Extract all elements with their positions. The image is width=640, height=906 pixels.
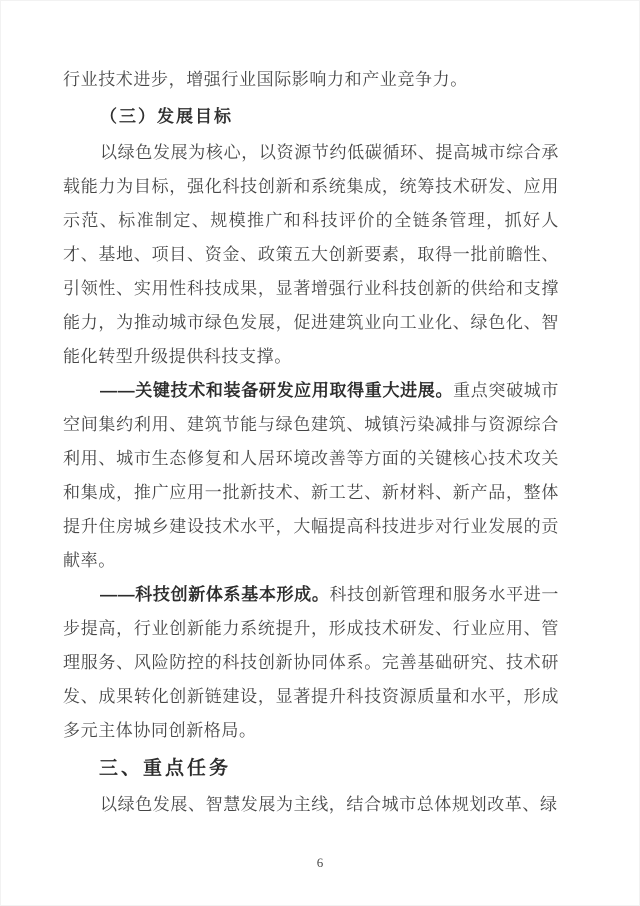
section-heading-development-goals: （三）发展目标	[63, 100, 559, 134]
bullet-body-key-technology: 重点突破城市空间集约利用、建筑节能与绿色建筑、城镇污染减排与资源综合利用、城市生…	[63, 381, 559, 570]
paragraph-innovation-system: ——科技创新体系基本形成。科技创新管理和服务水平进一步提高，行业创新能力系统提升…	[63, 578, 559, 748]
bullet-lead-innovation-system: ——科技创新体系基本形成。	[100, 585, 330, 604]
paragraph-key-technology: ——关键技术和装备研发应用取得重大进展。重点突破城市空间集约利用、建筑节能与绿色…	[63, 374, 559, 578]
paragraph-key-tasks: 以绿色发展、智慧发展为主线，结合城市总体规划改革、绿	[63, 788, 559, 822]
paragraph-development-goals: 以绿色发展为核心，以资源节约低碳循环、提高城市综合承载能力为目标，强化科技创新和…	[63, 136, 559, 374]
bullet-lead-key-technology: ——关键技术和装备研发应用取得重大进展。	[100, 381, 453, 400]
bullet-body-innovation-system: 科技创新管理和服务水平进一步提高，行业创新能力系统提升，形成技术研发、行业应用、…	[63, 585, 559, 740]
page-number: 6	[1, 855, 639, 871]
paragraph-continuation: 行业技术进步，增强行业国际影响力和产业竞争力。	[63, 63, 559, 97]
section-heading-key-tasks: 三、重点任务	[63, 750, 559, 787]
document-page: 行业技术进步，增强行业国际影响力和产业竞争力。 （三）发展目标 以绿色发展为核心…	[0, 0, 640, 906]
